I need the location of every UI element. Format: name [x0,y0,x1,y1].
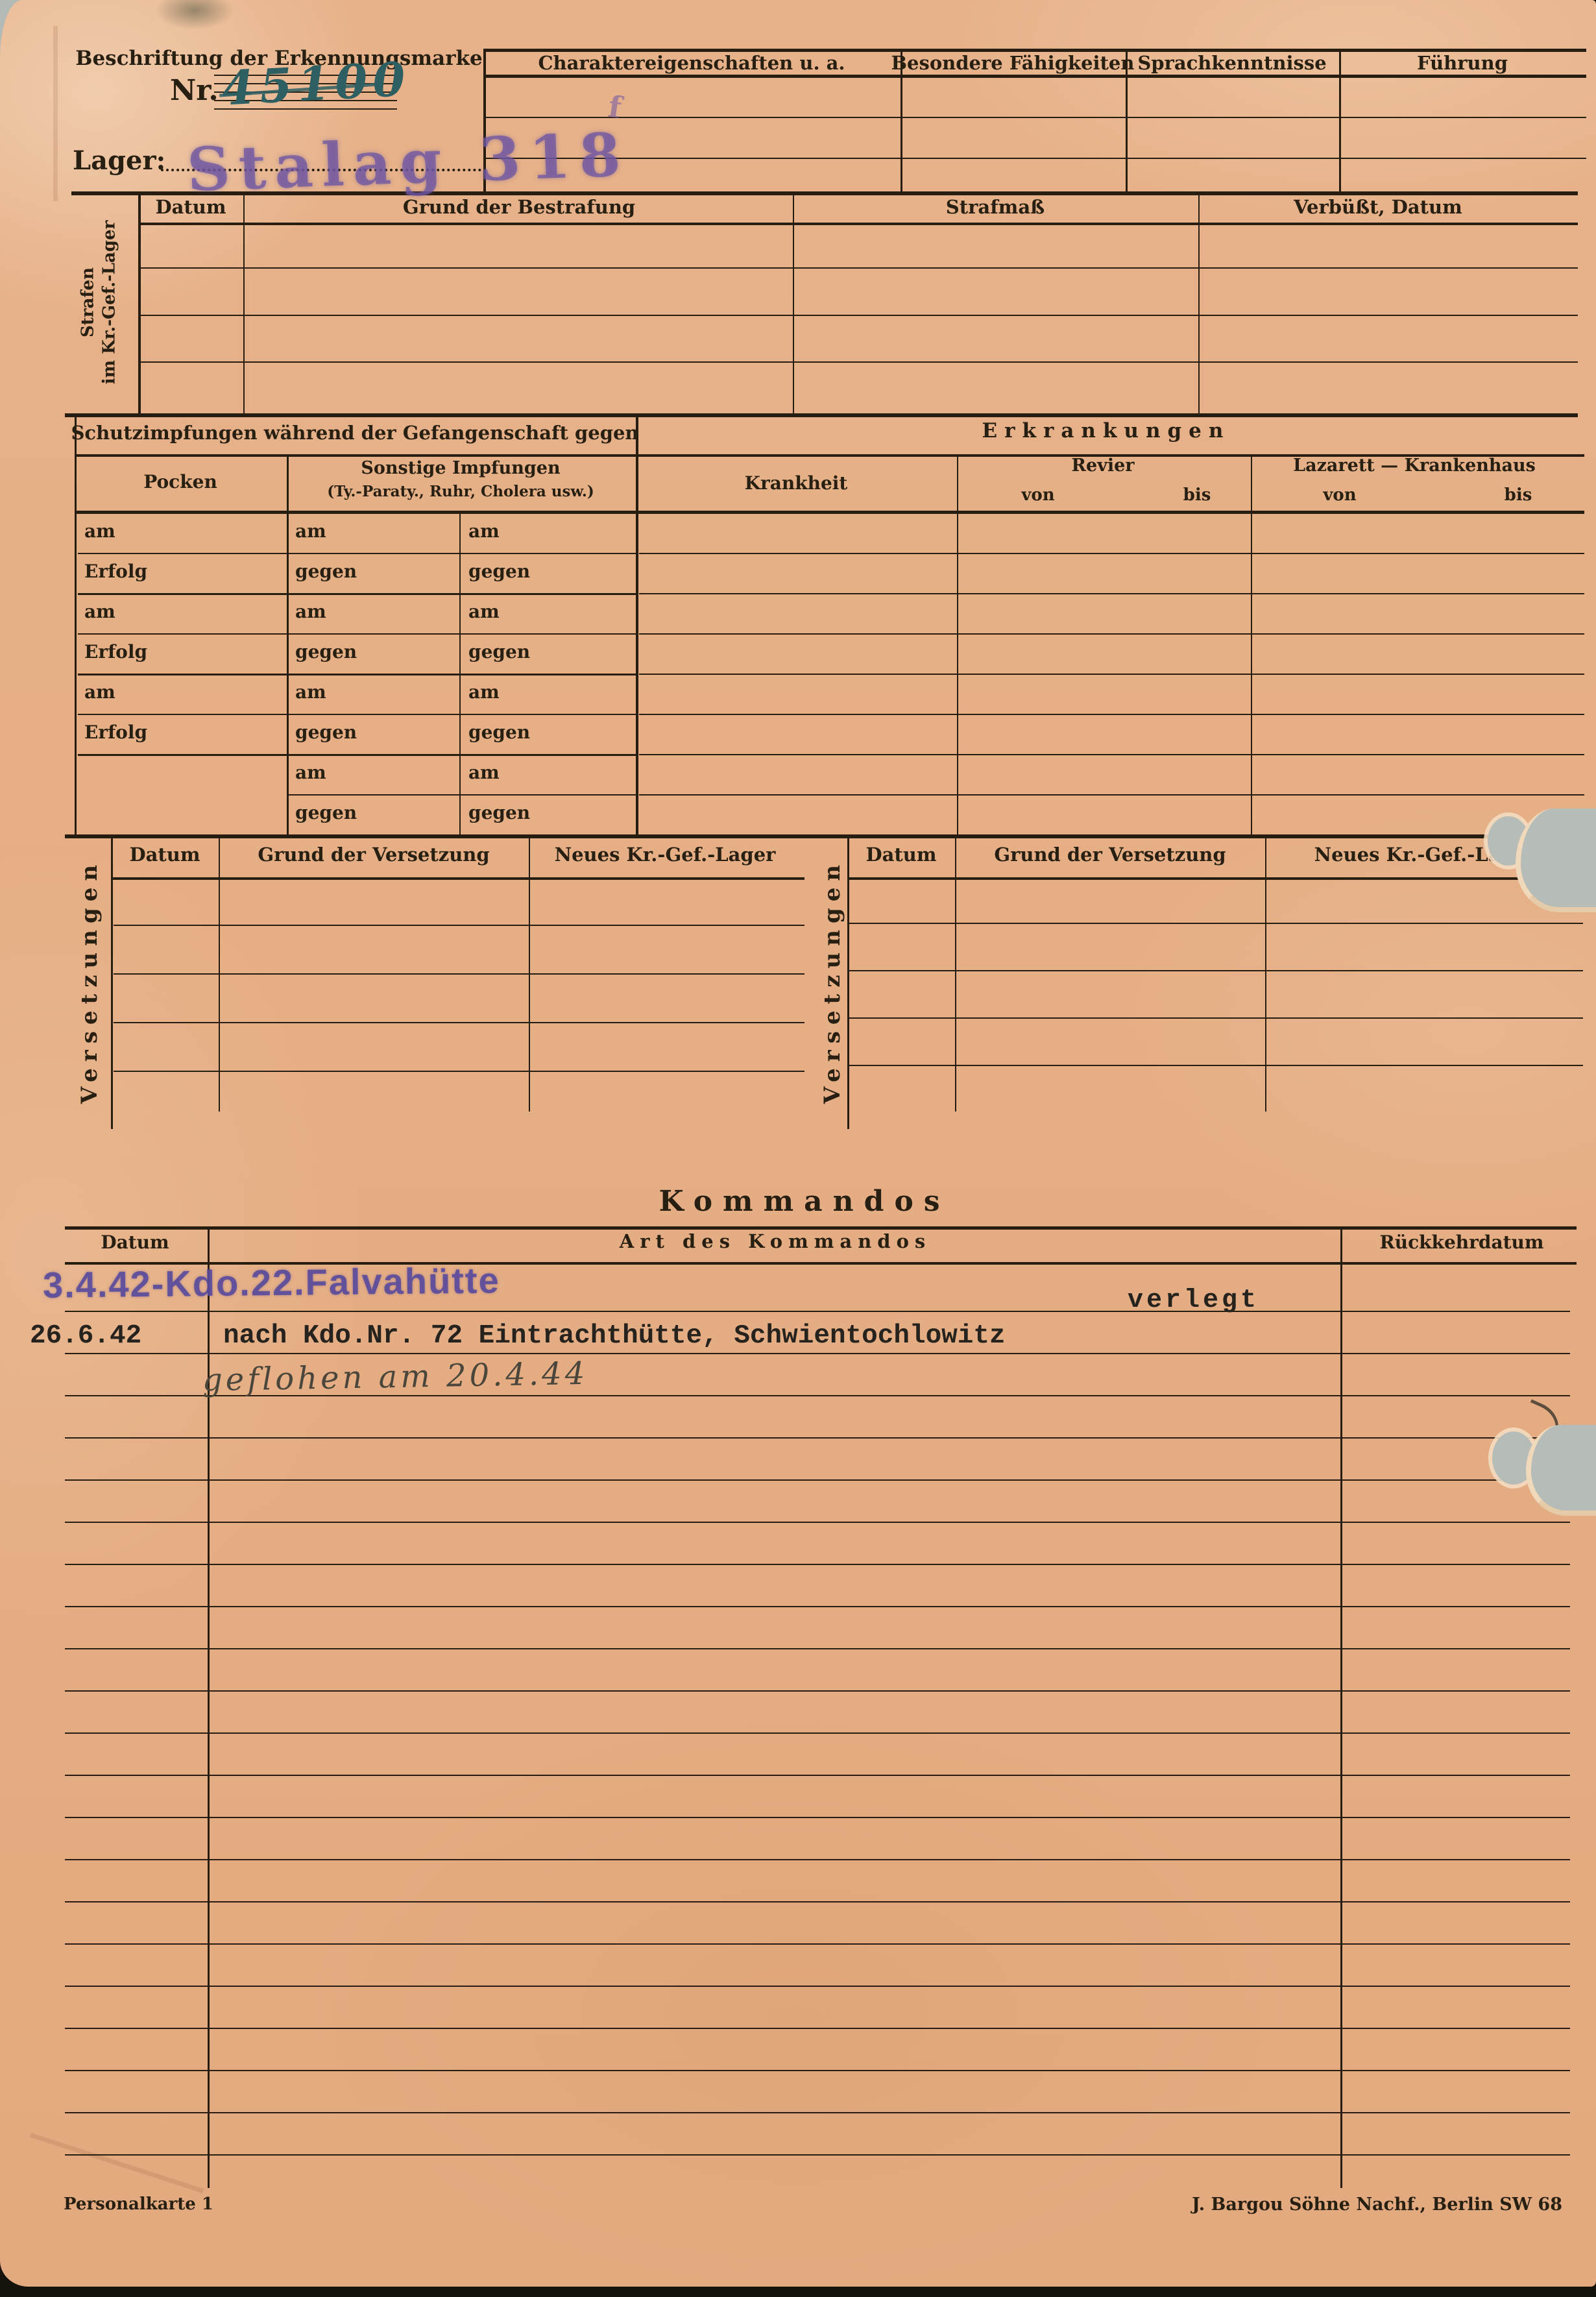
scanned-pow-card-page: Beschriftung der Erkennungsmarke Nr. 451… [0,0,1596,2297]
impfung-cell-label: gegen [468,722,530,743]
rule-line [1265,838,1266,1112]
rule-line [847,970,1583,971]
rule-line [483,75,1586,78]
rule-line [65,1986,1570,1987]
versetzungen-left-header-neues-lager: Neues Kr.-Gef.-Lager [555,844,776,866]
traits-header-besondere-faehigkeiten: Besondere Fähigkeiten [891,52,1135,74]
rule-line [483,158,1586,159]
rule-line [65,1901,1570,1902]
impfung-cell-label: am [295,601,326,622]
rule-line [639,714,1584,715]
rule-line [459,513,461,834]
footer-form-name: Personalkarte 1 [64,2194,213,2214]
impfung-cell-label: am [84,601,115,622]
torn-edge-kommandos [1526,1425,1596,1516]
versetzungen-left-header-datum: Datum [129,844,200,866]
rule-line [65,1437,1570,1439]
rule-line [65,1606,1570,1607]
traits-header-sprachkenntnisse: Sprachkenntnisse [1137,52,1326,74]
rule-line [243,191,245,413]
impfung-cell-label: am [468,601,500,622]
rule-line [1339,49,1341,195]
rule-line [78,674,636,675]
impfung-cell-label: Erfolg [84,641,147,662]
strafen-side-label-line2: im Kr.-Gef.-Lager [99,221,119,385]
rule-line [78,553,636,554]
rule-line [138,361,1578,363]
impfung-cell-label: gegen [468,561,530,582]
impfung-cell-label: am [295,762,326,783]
footer-printer-imprint: J. Bargou Söhne Nachf., Berlin SW 68 [1192,2194,1562,2215]
rule-line [114,1022,804,1023]
impfung-cell-label: gegen [295,641,357,662]
rule-line [65,1648,1570,1649]
rule-line [957,454,958,834]
kommandos-header-datum: Datum [101,1232,169,1253]
impfung-cell-label: gegen [295,802,357,823]
impfungen-title: Schutzimpfungen während der Gefangenscha… [71,422,638,444]
rule-line [955,838,956,1112]
rule-line [793,191,794,413]
rule-line [75,417,77,834]
rule-line [111,838,113,1129]
kommandos-header-rueckkehrdatum: Rückkehrdatum [1379,1232,1543,1253]
rule-line [65,1775,1570,1776]
rule-line [639,553,1584,554]
rule-line [65,1479,1570,1481]
rule-line [65,1732,1570,1734]
kommandos-header-art: Art des Kommandos [620,1230,932,1252]
traits-header-charaktereigenschaften: Charaktereigenschaften u. a. [538,52,845,74]
rule-line [639,593,1584,594]
torn-edge-versetzungen [1516,808,1596,912]
impfung-cell-label: am [468,762,500,783]
rule-line [78,714,636,715]
strafen-header-verbuesst: Verbüßt, Datum [1294,196,1462,218]
paper-crease-bottom-left [30,2133,204,2193]
rule-line [529,838,530,1112]
rule-line [138,315,1578,316]
impfung-cell-label: am [84,520,115,542]
rule-line [847,1065,1583,1066]
erkrankungen-lazarett-label: Lazarett — Krankenhaus [1293,456,1536,476]
strafen-header-grund: Grund der Bestrafung [403,196,635,218]
erkrankungen-revier-bis-label: bis [1183,485,1211,505]
impfungen-sonstige-label-2: (Ty.-Paraty., Ruhr, Cholera usw.) [327,483,594,500]
strafen-side-label: Strafen im Kr.-Gef.-Lager [78,221,120,385]
rule-line [639,754,1584,755]
rule-line [138,191,141,413]
rule-line [636,417,638,834]
strafen-side-label-line1: Strafen [79,267,98,337]
rule-line [65,2028,1570,2029]
rule-line [847,838,849,1129]
versetzungen-right-header-grund: Grund der Versetzung [994,844,1226,866]
rule-line [65,2112,1570,2113]
impfung-cell-label: gegen [468,802,530,823]
versetzungen-right-header-datum: Datum [865,844,936,866]
versetzungen-left-header-grund: Grund der Versetzung [258,844,489,866]
impfung-cell-label: Erfolg [84,722,147,743]
rule-line [1198,191,1200,413]
rule-line [65,2070,1570,2071]
erkrankungen-revier-von-label: von [1021,485,1054,505]
rule-line [65,1564,1570,1565]
rule-line [75,511,1584,514]
rule-line [847,923,1583,924]
traits-header-fuehrung: Führung [1417,52,1508,74]
erkrankungen-revier-label: Revier [1072,456,1135,476]
rule-line [78,593,636,595]
versetzungen-right-side-label: Versetzungen [819,858,845,1104]
impfungen-sonstige-label-1: Sonstige Impfungen [361,458,560,478]
kommando-entry2-datum: 26.6.42 [30,1321,141,1351]
impfung-cell-label: am [295,681,326,703]
rule-line [138,223,1578,225]
rule-line [65,834,1578,838]
nr-value-handwritten: 45100 [221,51,412,115]
rule-line [847,1017,1583,1019]
rule-line [65,2154,1570,2156]
kommando-entry3-handwriting: geflohen am 20.4.44 [202,1355,588,1398]
rule-line [65,1226,1577,1230]
rule-line [65,1353,1570,1354]
impfung-cell-label: am [468,520,500,542]
impfung-cell-label: am [295,520,326,542]
rule-line [65,1311,1570,1312]
rule-line [65,1943,1570,1945]
rule-line [65,1690,1570,1692]
kommando-entry1-note: verlegt [1128,1286,1259,1315]
rule-line [111,877,804,880]
erkrankungen-lazarett-von-label: von [1323,485,1356,505]
lager-label: Lager: [73,145,165,176]
rule-line [483,117,1586,118]
rule-line [65,1859,1570,1860]
impfung-cell-label: am [468,681,500,703]
rule-line [287,794,636,796]
ink-smudge-top-edge [156,0,234,30]
rule-line [639,674,1584,675]
impfungen-pocken-label: Pocken [143,471,217,492]
rule-line [219,838,220,1112]
erkrankungen-lazarett-bis-label: bis [1505,485,1532,505]
impfung-cell-label: am [84,681,115,703]
impfung-cell-label: gegen [295,561,357,582]
rule-line [847,877,1577,880]
rule-line [639,794,1584,796]
rule-line [65,1522,1570,1523]
kommandos-title: Kommandos [659,1185,950,1218]
rule-line [65,413,1578,417]
rule-line [1251,454,1252,834]
rule-line [114,1071,804,1072]
erkrankungen-krankheit-label: Krankheit [745,472,848,494]
erkrankungen-title: Erkrankungen [982,419,1231,443]
paper-crease-left [53,26,58,201]
rule-line [287,454,289,834]
personalkarte-back-side: Beschriftung der Erkennungsmarke Nr. 451… [0,0,1596,2287]
strafen-header-strafmass: Strafmaß [946,196,1045,218]
rule-line [138,267,1578,269]
rule-line [78,633,636,635]
rule-line [65,1817,1570,1818]
rule-line [114,973,804,975]
rule-line [1340,1226,1342,2188]
rule-line [114,925,804,926]
kommando-entry1-stamp: 3.4.42-Kdo.22.Falvahütte [43,1259,500,1306]
versetzungen-left-side-label: Versetzungen [77,858,103,1104]
impfung-cell-label: gegen [468,641,530,662]
rule-line [78,754,636,756]
nr-label: Nr. [170,74,219,107]
rule-line [639,633,1584,635]
kommando-entry2-text: nach Kdo.Nr. 72 Eintrachthütte, Schwient… [223,1321,1006,1351]
impfung-cell-label: Erfolg [84,561,147,582]
impfung-cell-label: gegen [295,722,357,743]
